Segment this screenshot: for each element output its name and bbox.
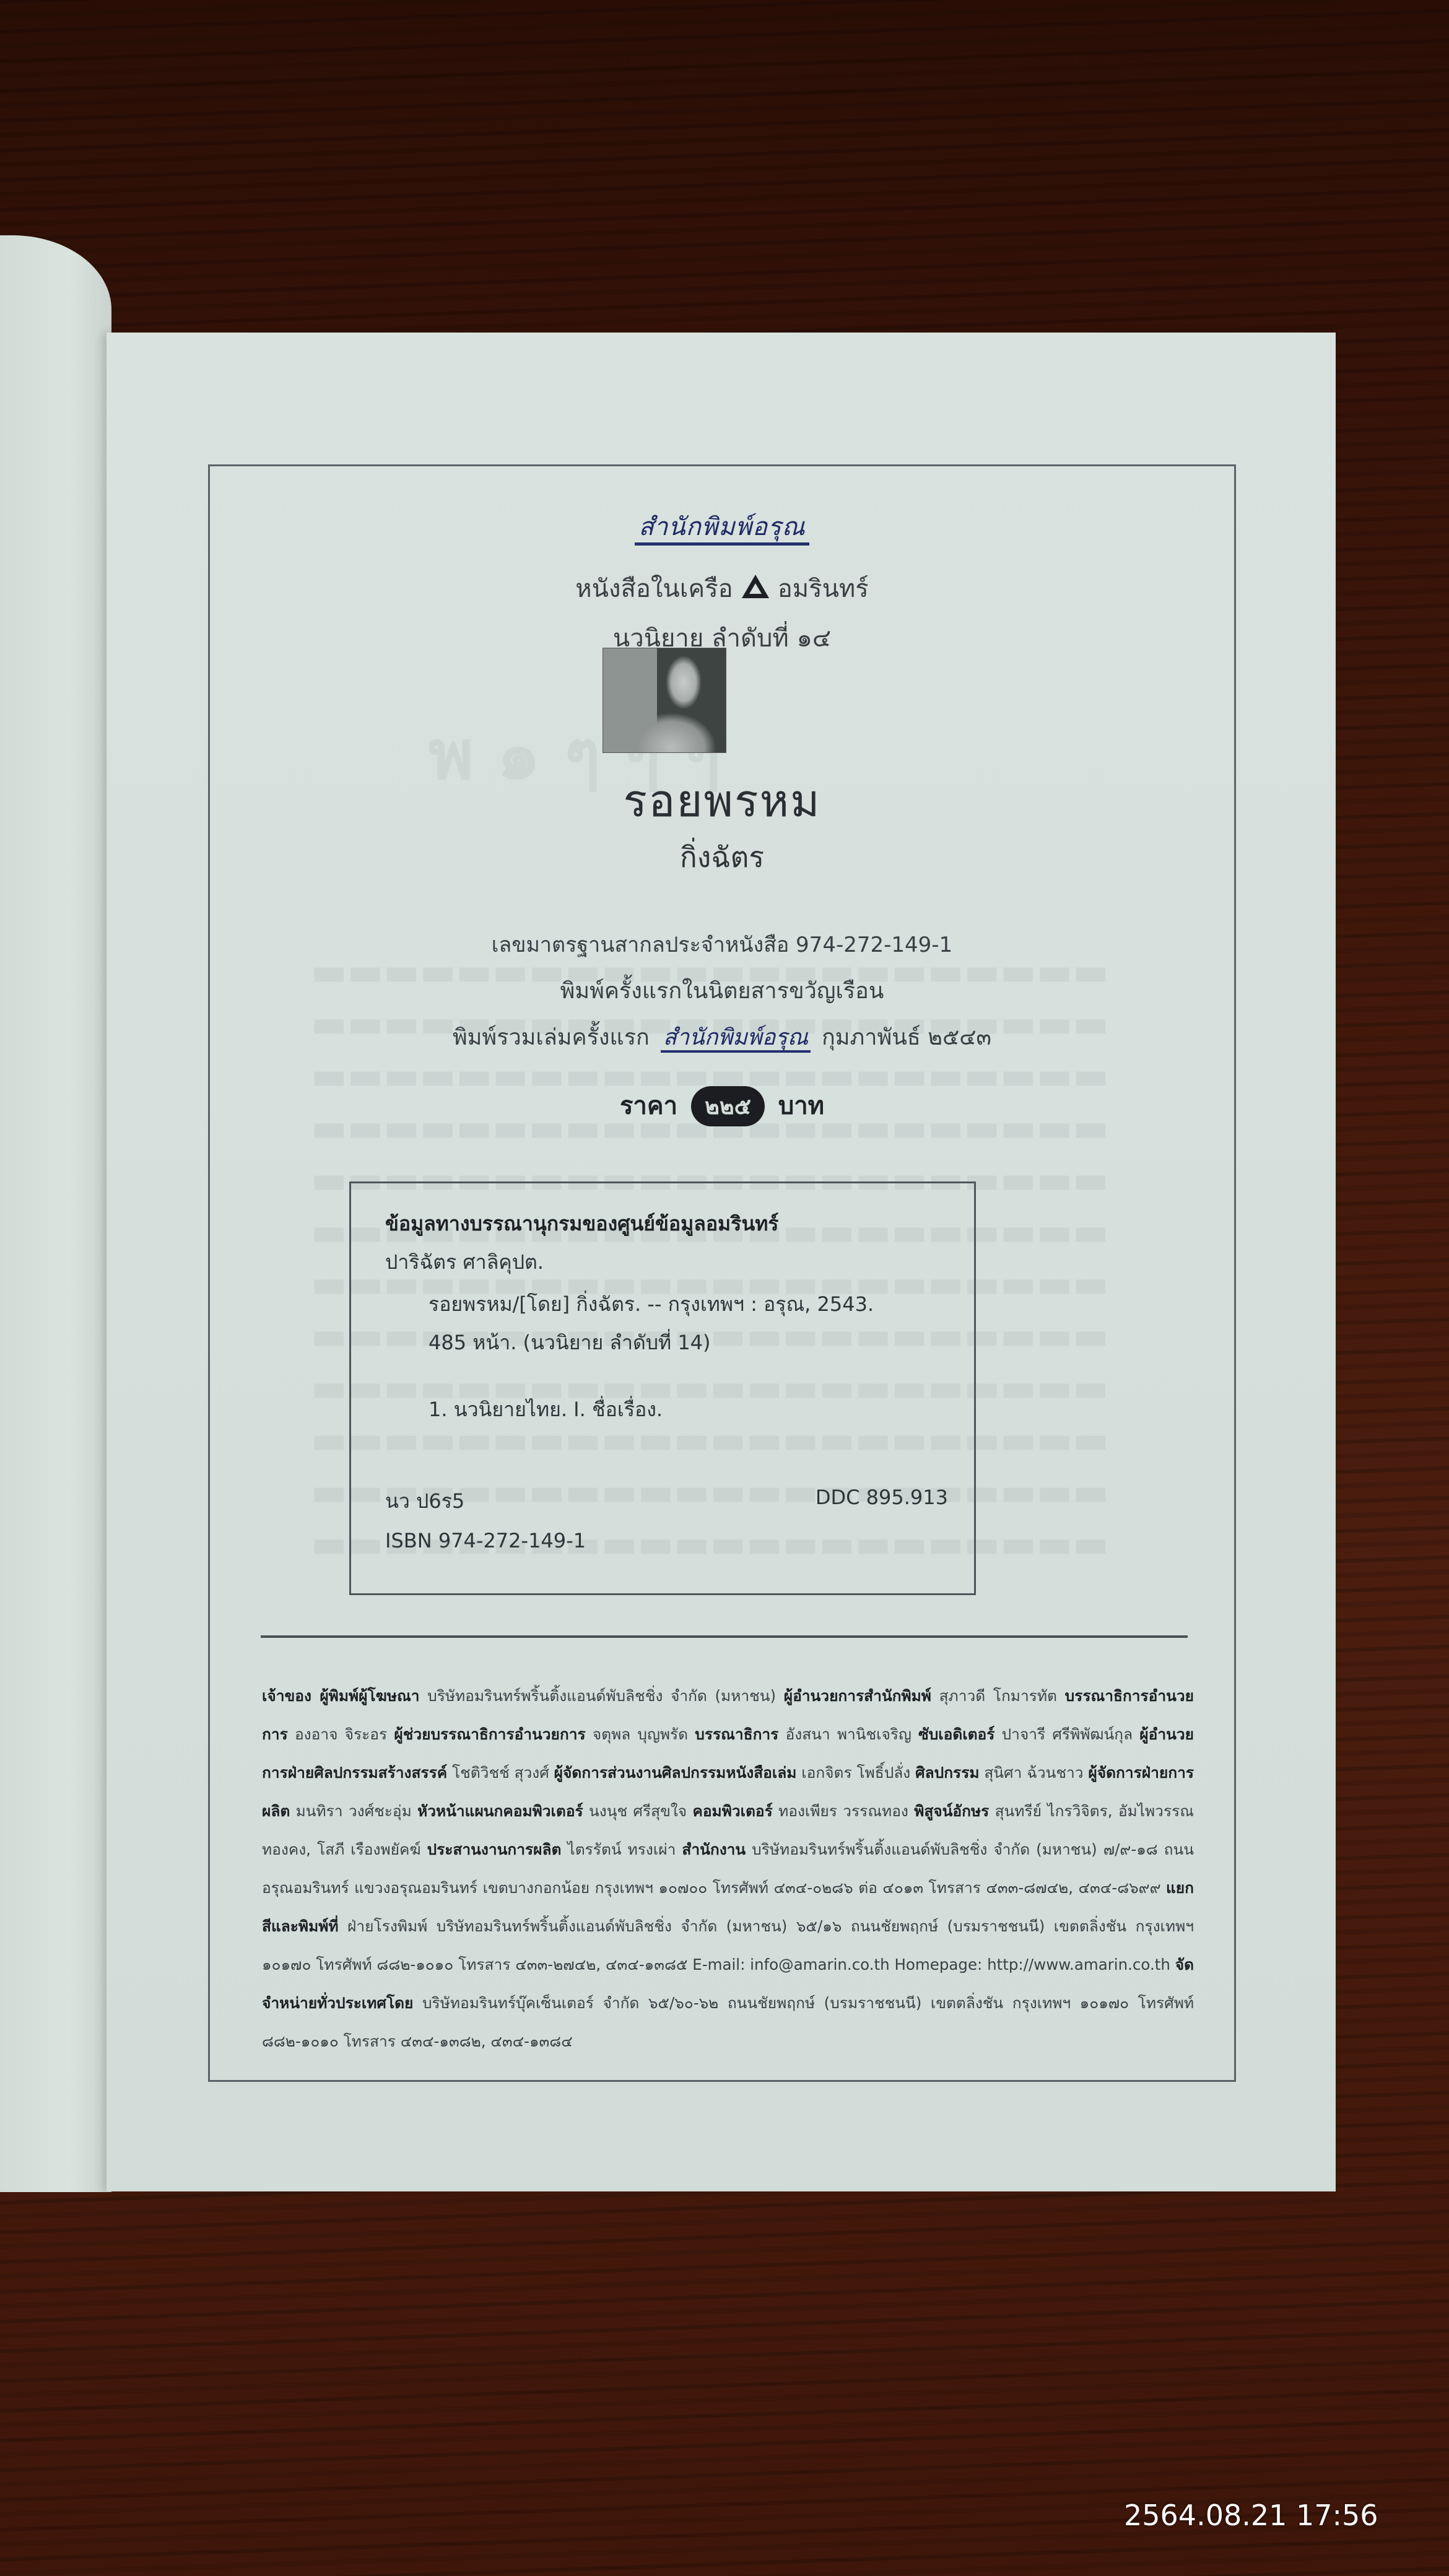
book-title: รอยพรหม (210, 765, 1234, 836)
collected-publisher-logo: สำนักพิมพ์อรุณ (661, 1025, 811, 1053)
colophon-value: โชติวิชช์ สุวงศ์ (447, 1764, 554, 1782)
colophon-value: อังสนา พานิชเจริญ (778, 1725, 918, 1743)
colophon-value: ฝ่ายโรงพิมพ์ บริษัทอมรินทร์พริ้นติ้งแอนด… (262, 1917, 1194, 1973)
price-line: ราคา๒๒๕บาท (210, 1086, 1234, 1126)
collected-prefix: พิมพ์รวมเล่มครั้งแรก (453, 1025, 650, 1050)
colophon-role-label: ประสานงานการผลิต (427, 1840, 562, 1858)
colophon-value: สุภาวดี โกมารทัต (931, 1687, 1065, 1705)
collected-date: กุมภาพันธ์ ๒๕๔๓ (822, 1025, 991, 1050)
colophon-value: เอกจิตร โพธิ์ปลั่ง (796, 1764, 915, 1782)
catalog-title-statement: รอยพรหม/[โดย] กิ่งฉัตร. -- กรุงเทพฯ : อร… (429, 1289, 874, 1320)
colophon-role-label: หัวหน้าแผนกคอมพิวเตอร์ (417, 1802, 583, 1820)
page-frame: สำนักพิมพ์อรุณ หนังสือในเครืออมรินทร์ นว… (208, 464, 1236, 2082)
author-photo (603, 648, 726, 753)
colophon-text: เจ้าของ ผู้พิมพ์ผู้โฆษณา บริษัทอมรินทร์พ… (262, 1677, 1194, 2061)
imprint-logo: สำนักพิมพ์อรุณ (210, 507, 1234, 546)
colophon-role-label: ซับเอดิเตอร์ (918, 1725, 994, 1743)
colophon-value: มนทิรา วงศ์ชะอุ่ม (290, 1802, 417, 1820)
colophon-value: ปาจารี ศรีพิพัฒน์กุล (994, 1725, 1139, 1743)
colophon-role-label: คอมพิวเตอร์ (692, 1802, 772, 1820)
catalog-main-entry: ปาริฉัตร ศาลิคุปต. (385, 1247, 544, 1278)
price-badge: ๒๒๕ (691, 1086, 765, 1126)
catalog-ddc: DDC 895.913 (816, 1486, 948, 1509)
photo-timestamp: 2564.08.21 17:56 (1124, 2499, 1378, 2532)
colophon-role-label: บรรณาธิการ (695, 1725, 778, 1743)
colophon-role-label: ผู้ช่วยบรรณาธิการอำนวยการ (394, 1725, 585, 1743)
price-unit: บาท (778, 1092, 824, 1120)
colophon-value: องอาจ จิระอร (288, 1725, 394, 1743)
copyright-page: พ ๑ ๆ ๆ ๆ ▬▬▬▬▬▬▬▬▬▬▬▬▬▬▬▬▬▬▬▬▬▬▬▬▬▬▬▬▬▬… (107, 333, 1336, 2191)
colophon-role-label: ศิลปกรรม (915, 1764, 979, 1782)
first-print-line: พิมพ์ครั้งแรกในนิตยสารขวัญเรือน (210, 973, 1234, 1008)
colophon-role-label: ผู้จัดการส่วนงานศิลปกรรมหนังสือเล่ม (554, 1764, 797, 1782)
isbn-line: เลขมาตรฐานสากลประจำหนังสือ 974-272-149-1 (210, 928, 1234, 961)
colophon-role-label: เจ้าของ ผู้พิมพ์ผู้โฆษณา (262, 1687, 419, 1705)
colophon-value: นงนุช ศรีสุขใจ (583, 1802, 693, 1820)
network-suffix: อมรินทร์ (778, 575, 869, 603)
colophon-value: จตุพล บุญพรัด (586, 1725, 695, 1743)
catalog-heading: ข้อมูลทางบรรณานุกรมของศูนย์ข้อมูลอมรินทร… (385, 1208, 778, 1240)
colophon-value: สุนิศา ฉ้วนชาว (980, 1764, 1089, 1782)
colophon-role-label: พิสูจน์อักษร (914, 1802, 989, 1820)
price-label: ราคา (620, 1092, 677, 1120)
colophon-divider (261, 1635, 1188, 1638)
colophon-value: ทองเพียร วรรณทอง (773, 1802, 914, 1820)
amarin-logo-icon (742, 575, 769, 598)
colophon-value: บริษัทอมรินทร์พริ้นติ้งแอนด์พับลิชชิ่ง จ… (419, 1687, 783, 1705)
collected-edition-line: พิมพ์รวมเล่มครั้งแรกสำนักพิมพ์อรุณกุมภาพ… (210, 1019, 1234, 1055)
catalog-subjects: 1. นวนิยายไทย. I. ชื่อเรื่อง. (429, 1394, 663, 1425)
publisher-network: หนังสือในเครืออมรินทร์ (210, 568, 1234, 608)
network-prefix: หนังสือในเครือ (575, 575, 733, 603)
book-author: กิ่งฉัตร (210, 835, 1234, 880)
catalog-call-number: นว ป6ร5 (385, 1486, 464, 1517)
imprint-logo-text: สำนักพิมพ์อรุณ (635, 513, 809, 546)
catalog-isbn: ISBN 974-272-149-1 (385, 1529, 586, 1552)
left-page-edge (0, 235, 111, 2192)
catalog-extent: 485 หน้า. (นวนิยาย ลำดับที่ 14) (429, 1327, 711, 1359)
colophon-role-label: สำนักงาน (682, 1840, 746, 1858)
colophon-value: ไตรรัตน์ ทรงเผ่า (561, 1840, 682, 1858)
catalog-card: ข้อมูลทางบรรณานุกรมของศูนย์ข้อมูลอมรินทร… (349, 1181, 976, 1595)
colophon-role-label: ผู้อำนวยการสำนักพิมพ์ (784, 1687, 931, 1705)
